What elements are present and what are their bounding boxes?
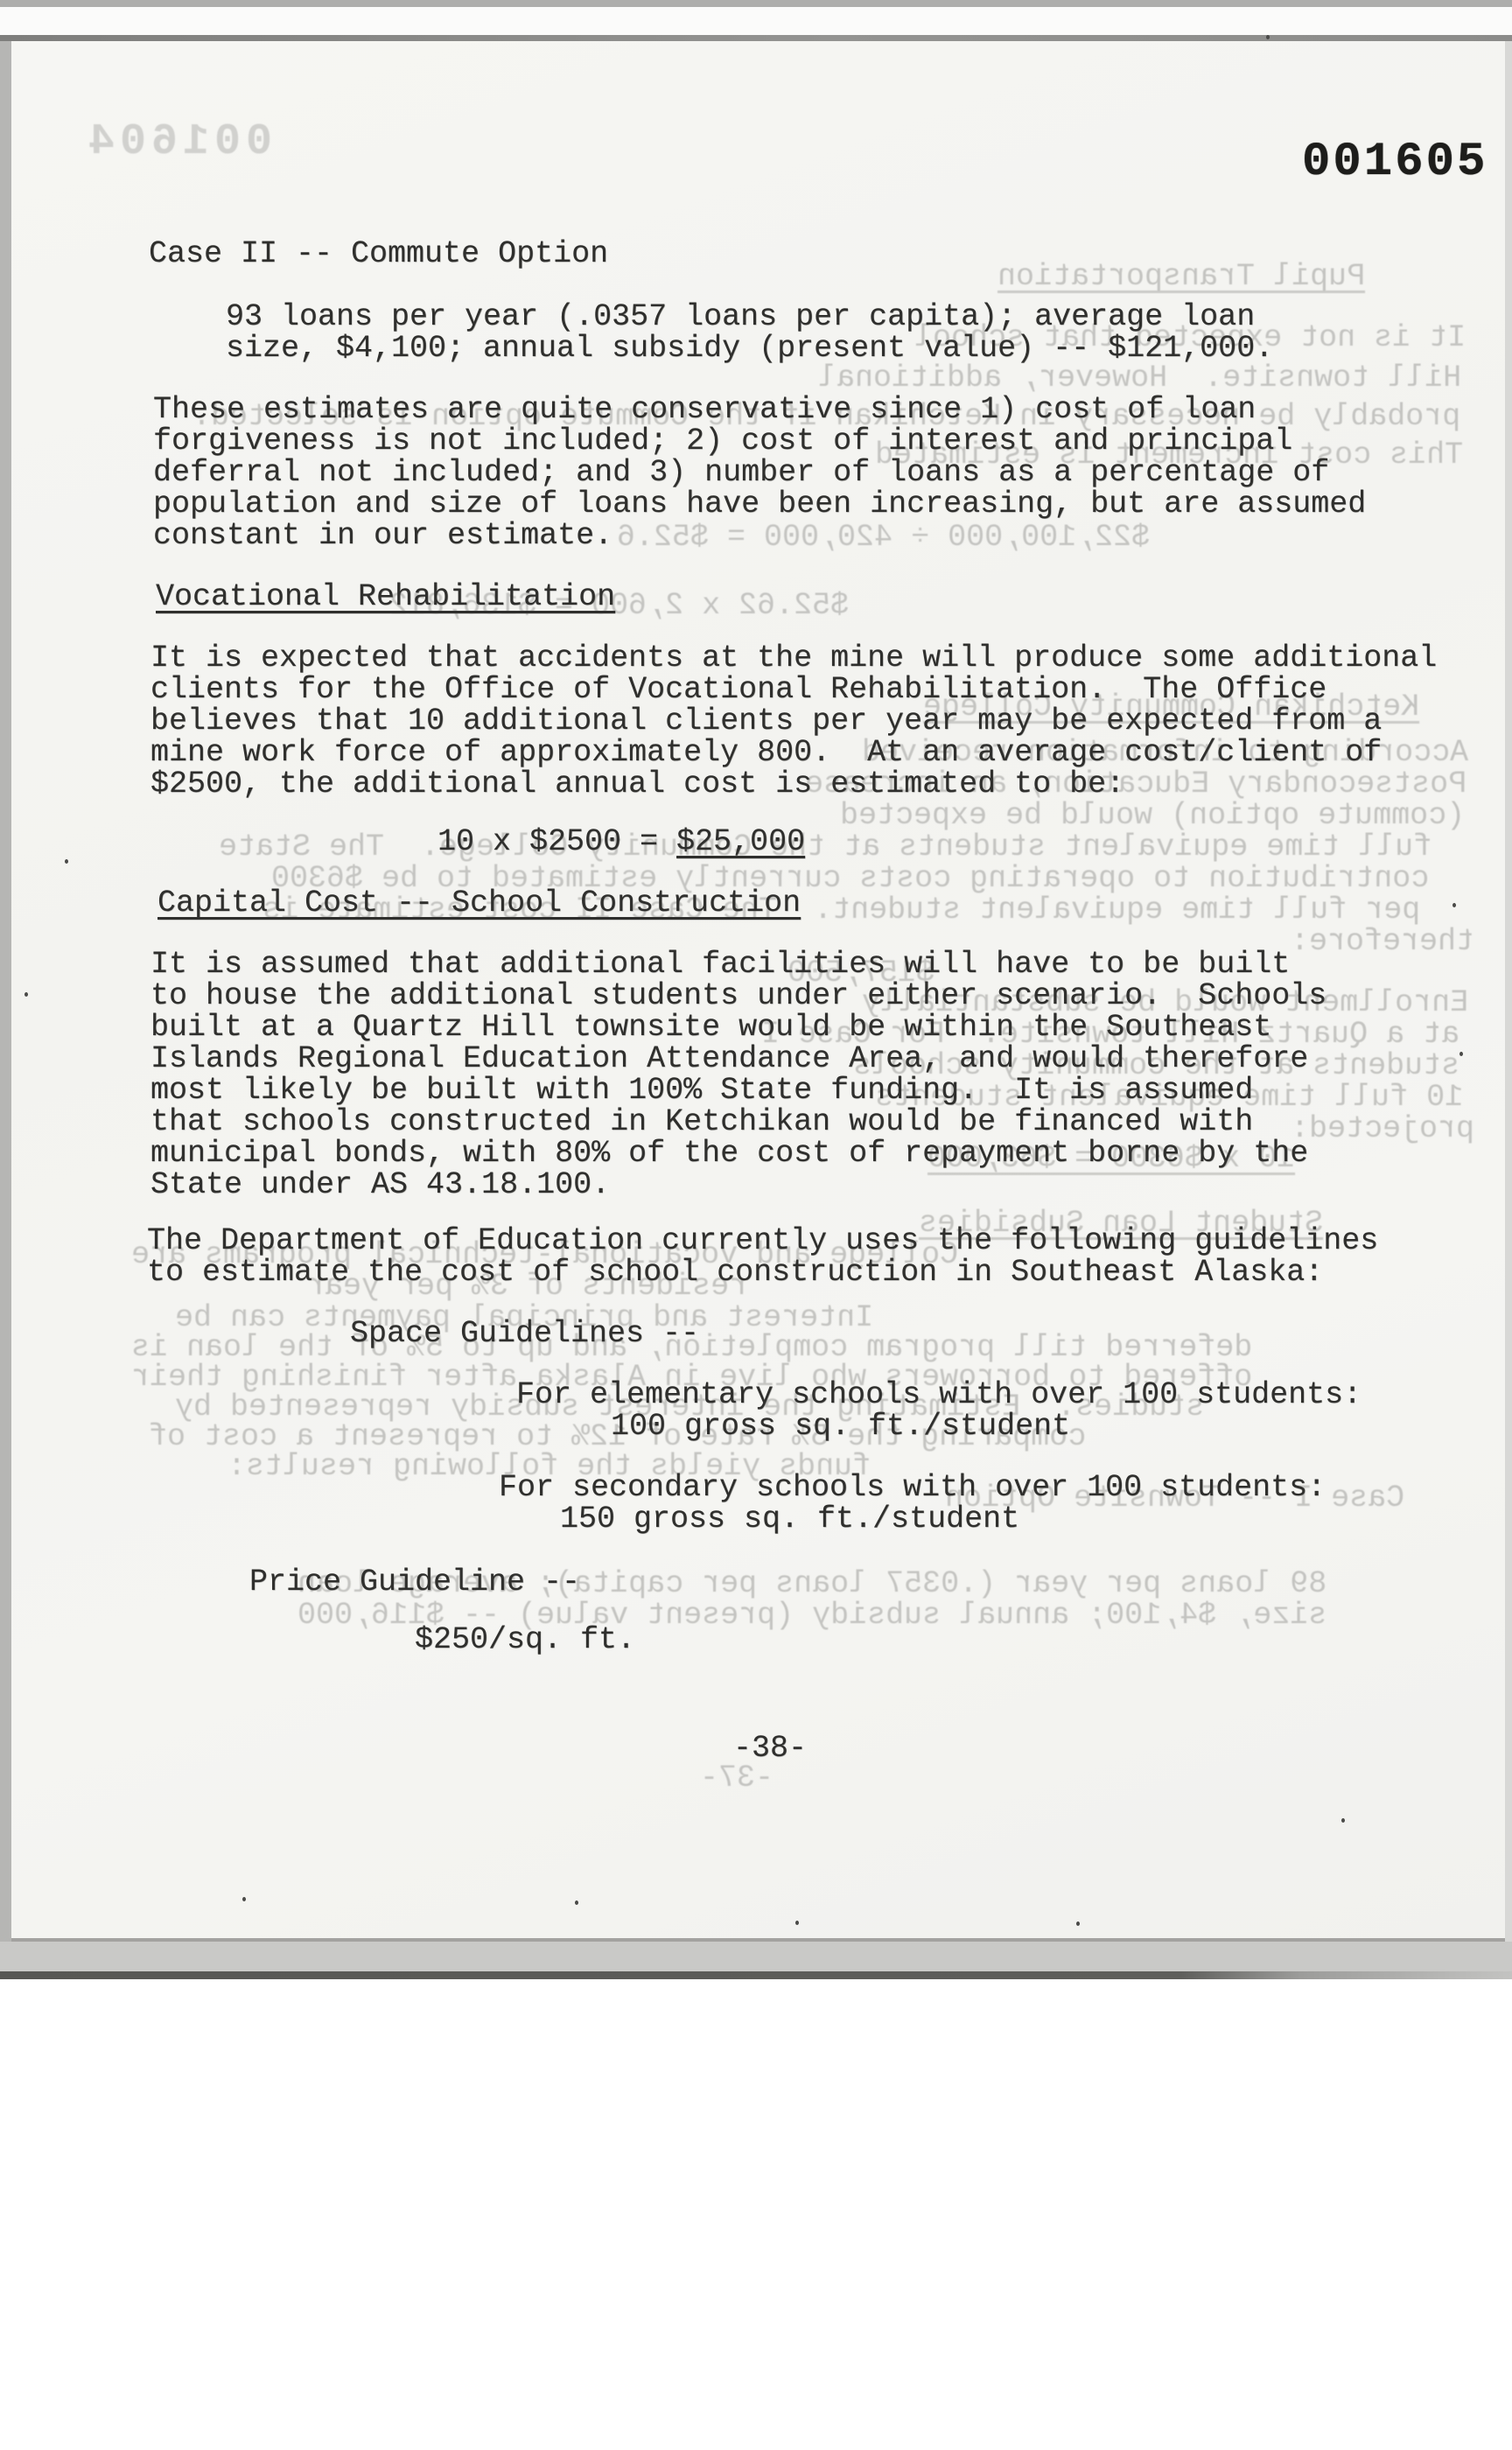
- section-heading-capital-cost: Capital Cost -- School Construction: [157, 887, 801, 919]
- scanner-top-band: [0, 0, 1512, 7]
- capital-cost-paragraph: It is assumed that additional facilities…: [150, 948, 1326, 1200]
- bleedthrough-heading: Pupil Transportation: [997, 261, 1365, 292]
- scan-speck: [1266, 35, 1270, 39]
- vocational-paragraph: It is expected that accidents at the min…: [150, 642, 1437, 800]
- loans-summary-paragraph: 93 loans per year (.0357 loans per capit…: [226, 301, 1273, 364]
- bleedthrough-text: Hill townsite. However, additional: [818, 362, 1461, 394]
- scan-speck: [65, 859, 68, 864]
- scan-speck: [795, 1921, 799, 1925]
- price-guideline-value: $250/sq. ft.: [415, 1624, 635, 1655]
- paper-right-edge-shadow: [1505, 41, 1512, 1942]
- price-guideline-heading: Price Guideline --: [249, 1566, 580, 1598]
- estimates-paragraph: These estimates are quite conservative s…: [153, 394, 1366, 551]
- bleedthrough-page-number: -37-: [700, 1762, 773, 1794]
- space-guidelines-heading: Space Guidelines --: [350, 1318, 699, 1349]
- page-number: -38-: [733, 1732, 807, 1764]
- scan-speck: [575, 1900, 578, 1905]
- scan-speck: [1452, 903, 1456, 907]
- department-of-education-paragraph: The Department of Education currently us…: [147, 1225, 1378, 1288]
- vocational-cost-equation: 10 x $2500 = $25,000: [437, 826, 805, 857]
- scanner-top-edge-line: [0, 35, 1512, 41]
- scan-speck: [1076, 1921, 1080, 1926]
- scan-speck: [24, 992, 28, 997]
- document-stamp-number: 001605: [1302, 136, 1487, 189]
- bleedthrough-page-stamp: 001604: [83, 127, 272, 158]
- bleedthrough-text: (commute option) would be expected: [840, 800, 1465, 831]
- scan-speck: [1341, 1818, 1345, 1823]
- equation-lhs: 10 x $2500 =: [437, 824, 676, 859]
- scan-speck: [1459, 1052, 1463, 1056]
- scanner-top-strip: [0, 7, 1512, 35]
- scanner-bottom-band: [0, 1942, 1512, 1971]
- scanned-document-page: 001604 Pupil Transportation It is not ex…: [0, 0, 1512, 2450]
- scan-speck: [242, 1897, 246, 1901]
- elementary-guideline-label: For elementary schools with over 100 stu…: [516, 1379, 1361, 1410]
- paper-left-edge-shadow: [0, 41, 11, 1942]
- scanner-bottom-edge-line: [0, 1971, 1512, 1979]
- secondary-guideline-value: 150 gross sq. ft./student: [560, 1503, 1019, 1535]
- secondary-guideline-label: For secondary schools with over 100 stud…: [499, 1472, 1326, 1503]
- page-title: Case II -- Commute Option: [149, 238, 608, 269]
- section-heading-vocational-rehabilitation: Vocational Rehabilitation: [156, 581, 615, 612]
- bleedthrough-text: full time equivalent students at the Com…: [219, 831, 1431, 863]
- equation-result: $25,000: [676, 824, 805, 859]
- elementary-guideline-value: 100 gross sq. ft./student: [611, 1410, 1070, 1442]
